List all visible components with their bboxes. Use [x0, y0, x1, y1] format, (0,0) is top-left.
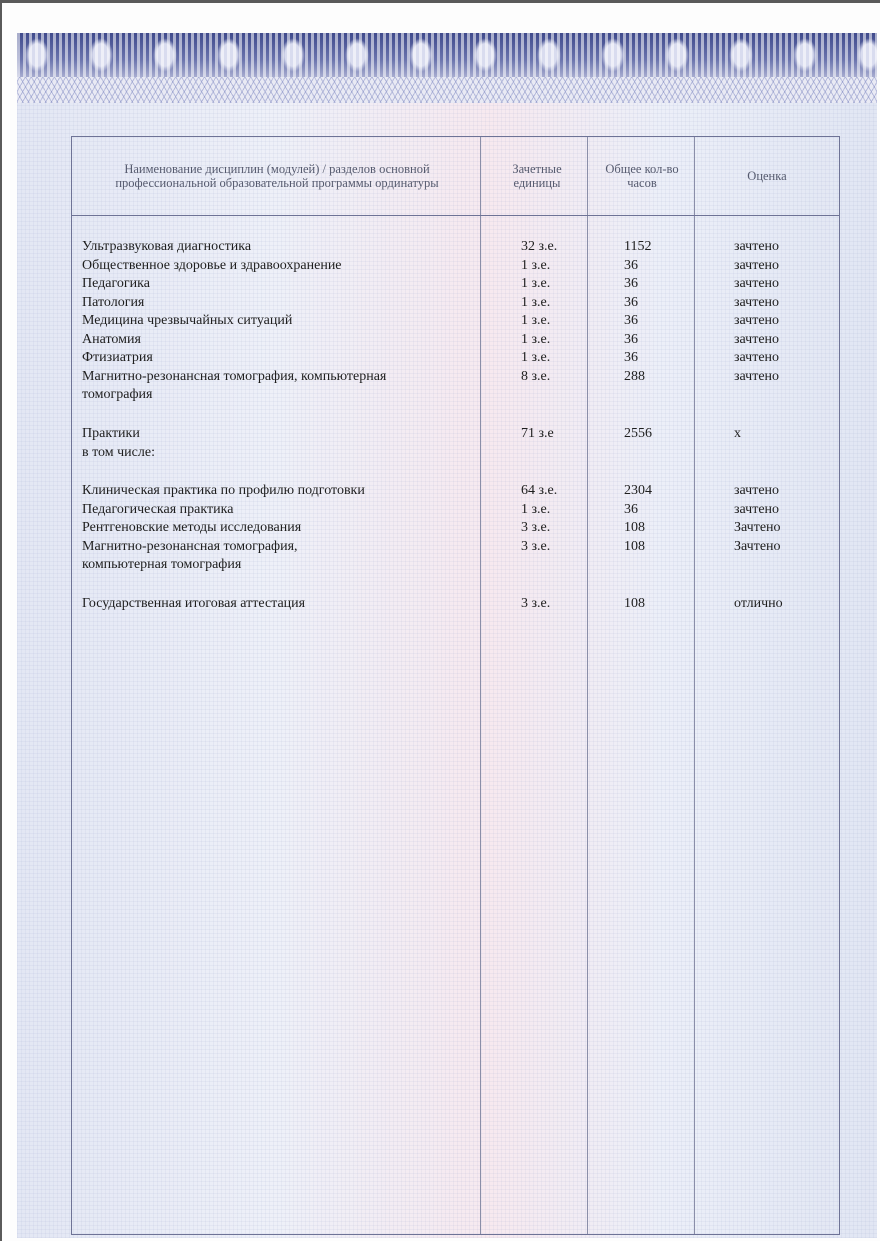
total-hours: 2556	[624, 425, 724, 444]
grade: отлично	[734, 595, 834, 614]
discipline-name: компьютерная томография	[82, 556, 482, 575]
header-credit-units: Зачетные единицы	[502, 137, 572, 215]
total-hours: 2304	[624, 482, 724, 501]
discipline-name: Магнитно-резонансная томография, компьют…	[82, 368, 482, 387]
discipline-name: Педагогическая практика	[82, 501, 482, 520]
total-hours: 36	[624, 312, 724, 331]
discipline-name: Педагогика	[82, 275, 482, 294]
header-grade: Оценка	[694, 137, 840, 215]
total-hours: 108	[624, 519, 724, 538]
table-header: Наименование дисциплин (модулей) / разде…	[72, 137, 839, 216]
credit-units: 1 з.е.	[521, 294, 621, 313]
grade: зачтено	[734, 257, 834, 276]
credit-units: 1 з.е.	[521, 312, 621, 331]
discipline-name: Практики	[82, 425, 482, 444]
credit-units: 1 з.е.	[521, 349, 621, 368]
header-discipline: Наименование дисциплин (модулей) / разде…	[82, 137, 472, 215]
credit-units: 71 з.е	[521, 425, 621, 444]
credit-units: 1 з.е.	[521, 331, 621, 350]
credit-units: 32 з.е.	[521, 238, 621, 257]
credit-units: 3 з.е.	[521, 595, 621, 614]
credit-units: 3 з.е.	[521, 538, 621, 557]
total-hours: 108	[624, 595, 724, 614]
total-hours: 36	[624, 294, 724, 313]
grade: Зачтено	[734, 538, 834, 557]
discipline-name: Ультразвуковая диагностика	[82, 238, 482, 257]
total-hours: 288	[624, 368, 724, 387]
credit-units: 1 з.е.	[521, 501, 621, 520]
total-hours: 36	[624, 257, 724, 276]
credit-units: 1 з.е.	[521, 257, 621, 276]
total-hours: 36	[624, 349, 724, 368]
total-hours: 36	[624, 501, 724, 520]
grade: зачтено	[734, 238, 834, 257]
discipline-name: Анатомия	[82, 331, 482, 350]
discipline-name: Клиническая практика по профилю подготов…	[82, 482, 482, 501]
total-hours: 36	[624, 275, 724, 294]
grades-table: Наименование дисциплин (модулей) / разде…	[71, 136, 840, 1235]
credit-units: 1 з.е.	[521, 275, 621, 294]
credit-units: 8 з.е.	[521, 368, 621, 387]
credit-units: 3 з.е.	[521, 519, 621, 538]
security-ornament-band	[17, 33, 877, 103]
grade: зачтено	[734, 368, 834, 387]
credit-units: 64 з.е.	[521, 482, 621, 501]
discipline-name: в том числе:	[82, 444, 482, 463]
grade: Зачтено	[734, 519, 834, 538]
grade: зачтено	[734, 275, 834, 294]
grade: х	[734, 425, 834, 444]
grade: зачтено	[734, 312, 834, 331]
discipline-name: Фтизиатрия	[82, 349, 482, 368]
total-hours: 1152	[624, 238, 724, 257]
discipline-name: томография	[82, 386, 482, 405]
discipline-name: Патология	[82, 294, 482, 313]
header-total-hours: Общее кол-во часов	[592, 137, 692, 215]
grade: зачтено	[734, 501, 834, 520]
discipline-name: Государственная итоговая аттестация	[82, 595, 482, 614]
grade: зачтено	[734, 482, 834, 501]
total-hours: 108	[624, 538, 724, 557]
discipline-name: Общественное здоровье и здравоохранение	[82, 257, 482, 276]
discipline-name: Магнитно-резонансная томография,	[82, 538, 482, 557]
discipline-name: Медицина чрезвычайных ситуаций	[82, 312, 482, 331]
total-hours: 36	[624, 331, 724, 350]
grade: зачтено	[734, 294, 834, 313]
grade: зачтено	[734, 331, 834, 350]
grade: зачтено	[734, 349, 834, 368]
discipline-name: Рентгеновские методы исследования	[82, 519, 482, 538]
